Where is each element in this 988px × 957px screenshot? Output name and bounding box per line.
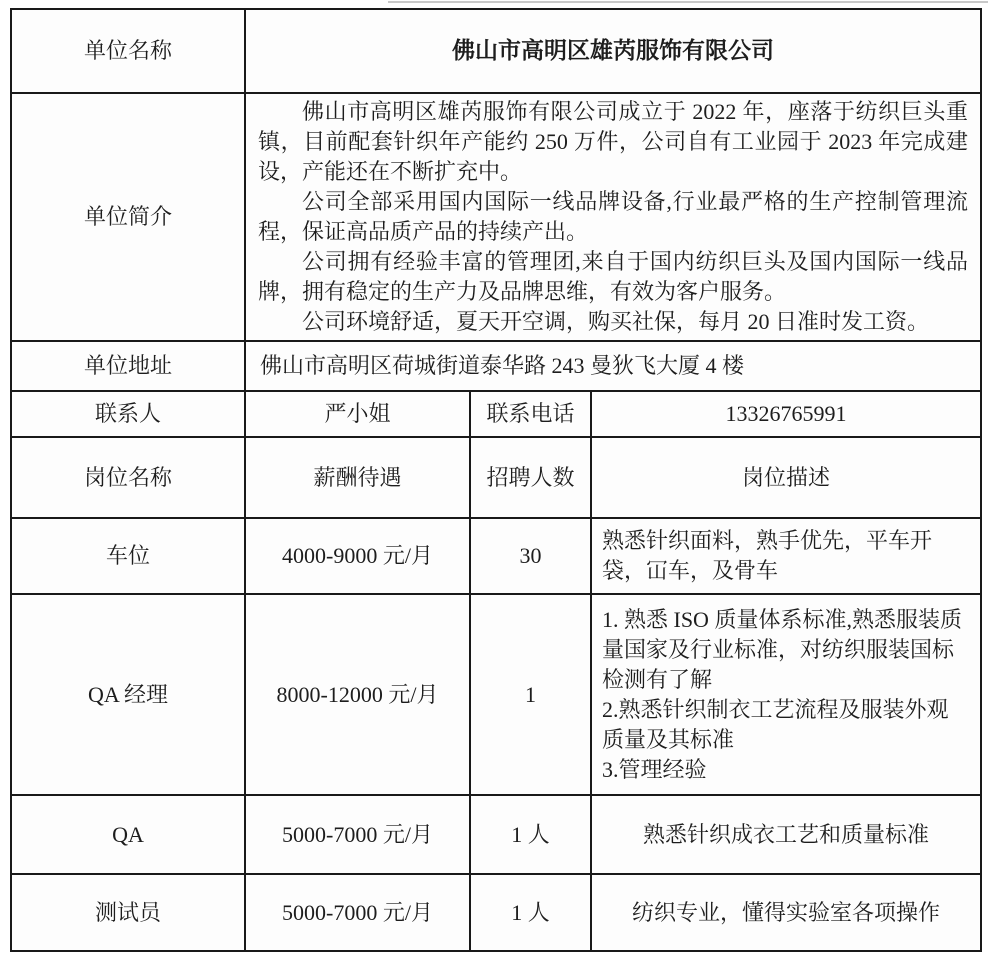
contact-label: 联系人	[12, 392, 244, 436]
contact-name: 严小姐	[244, 392, 469, 436]
recruitment-table: 单位名称 佛山市高明区雄芮服饰有限公司 单位简介 佛山市高明区雄芮服饰有限公司成…	[10, 8, 982, 952]
job-position: QA 经理	[12, 595, 244, 794]
page-crop-artifact-line	[388, 1, 988, 3]
job-header-salary: 薪酬待遇	[244, 438, 469, 517]
job-salary: 5000-7000 元/月	[244, 875, 469, 950]
unit-intro-label: 单位简介	[12, 94, 244, 340]
job-salary: 4000-9000 元/月	[244, 519, 469, 593]
row-contact: 联系人 严小姐 联系电话 13326765991	[12, 392, 980, 438]
contact-phone-label: 联系电话	[469, 392, 590, 436]
job-row: 测试员 5000-7000 元/月 1 人 纺织专业，懂得实验室各项操作	[12, 875, 980, 950]
job-description: 纺织专业，懂得实验室各项操作	[590, 875, 980, 950]
job-headcount: 1 人	[469, 796, 590, 873]
job-headcount: 1	[469, 595, 590, 794]
intro-paragraph: 公司拥有经验丰富的管理团,来自于国内纺织巨头及国内国际一线品牌，拥有稳定的生产力…	[258, 247, 968, 307]
job-description: 熟悉针织面料，熟手优先，平车开袋，冚车，及骨车	[590, 519, 980, 593]
unit-address-label: 单位地址	[12, 342, 244, 390]
job-description: 熟悉针织成衣工艺和质量标准	[590, 796, 980, 873]
job-row: QA 经理 8000-12000 元/月 1 1. 熟悉 ISO 质量体系标准,…	[12, 595, 980, 796]
intro-paragraph: 佛山市高明区雄芮服饰有限公司成立于 2022 年，座落于纺织巨头重镇，目前配套针…	[258, 97, 968, 187]
unit-name-value: 佛山市高明区雄芮服饰有限公司	[244, 10, 980, 92]
job-headcount: 1 人	[469, 875, 590, 950]
row-unit-name: 单位名称 佛山市高明区雄芮服饰有限公司	[12, 10, 980, 94]
row-unit-intro: 单位简介 佛山市高明区雄芮服饰有限公司成立于 2022 年，座落于纺织巨头重镇，…	[12, 94, 980, 342]
job-header-position: 岗位名称	[12, 438, 244, 517]
unit-address-value: 佛山市高明区荷城街道泰华路 243 曼狄飞大厦 4 楼	[244, 342, 980, 390]
job-salary: 8000-12000 元/月	[244, 595, 469, 794]
job-row: 车位 4000-9000 元/月 30 熟悉针织面料，熟手优先，平车开袋，冚车，…	[12, 519, 980, 595]
row-job-header: 岗位名称 薪酬待遇 招聘人数 岗位描述	[12, 438, 980, 519]
job-headcount: 30	[469, 519, 590, 593]
job-header-headcount: 招聘人数	[469, 438, 590, 517]
intro-paragraph: 公司全部采用国内国际一线品牌设备,行业最严格的生产控制管理流程，保证高品质产品的…	[258, 187, 968, 247]
intro-paragraph: 公司环境舒适，夏天开空调，购买社保，每月 20 日准时发工资。	[258, 307, 968, 337]
job-position: 测试员	[12, 875, 244, 950]
unit-intro-value: 佛山市高明区雄芮服饰有限公司成立于 2022 年，座落于纺织巨头重镇，目前配套针…	[244, 94, 980, 340]
job-header-description: 岗位描述	[590, 438, 980, 517]
unit-name-label: 单位名称	[12, 10, 244, 92]
row-unit-address: 单位地址 佛山市高明区荷城街道泰华路 243 曼狄飞大厦 4 楼	[12, 342, 980, 392]
job-position: 车位	[12, 519, 244, 593]
job-position: QA	[12, 796, 244, 873]
job-description: 1. 熟悉 ISO 质量体系标准,熟悉服装质量国家及行业标准，对纺织服装国标检测…	[590, 595, 980, 794]
contact-phone-value: 13326765991	[590, 392, 980, 436]
job-row: QA 5000-7000 元/月 1 人 熟悉针织成衣工艺和质量标准	[12, 796, 980, 875]
job-salary: 5000-7000 元/月	[244, 796, 469, 873]
